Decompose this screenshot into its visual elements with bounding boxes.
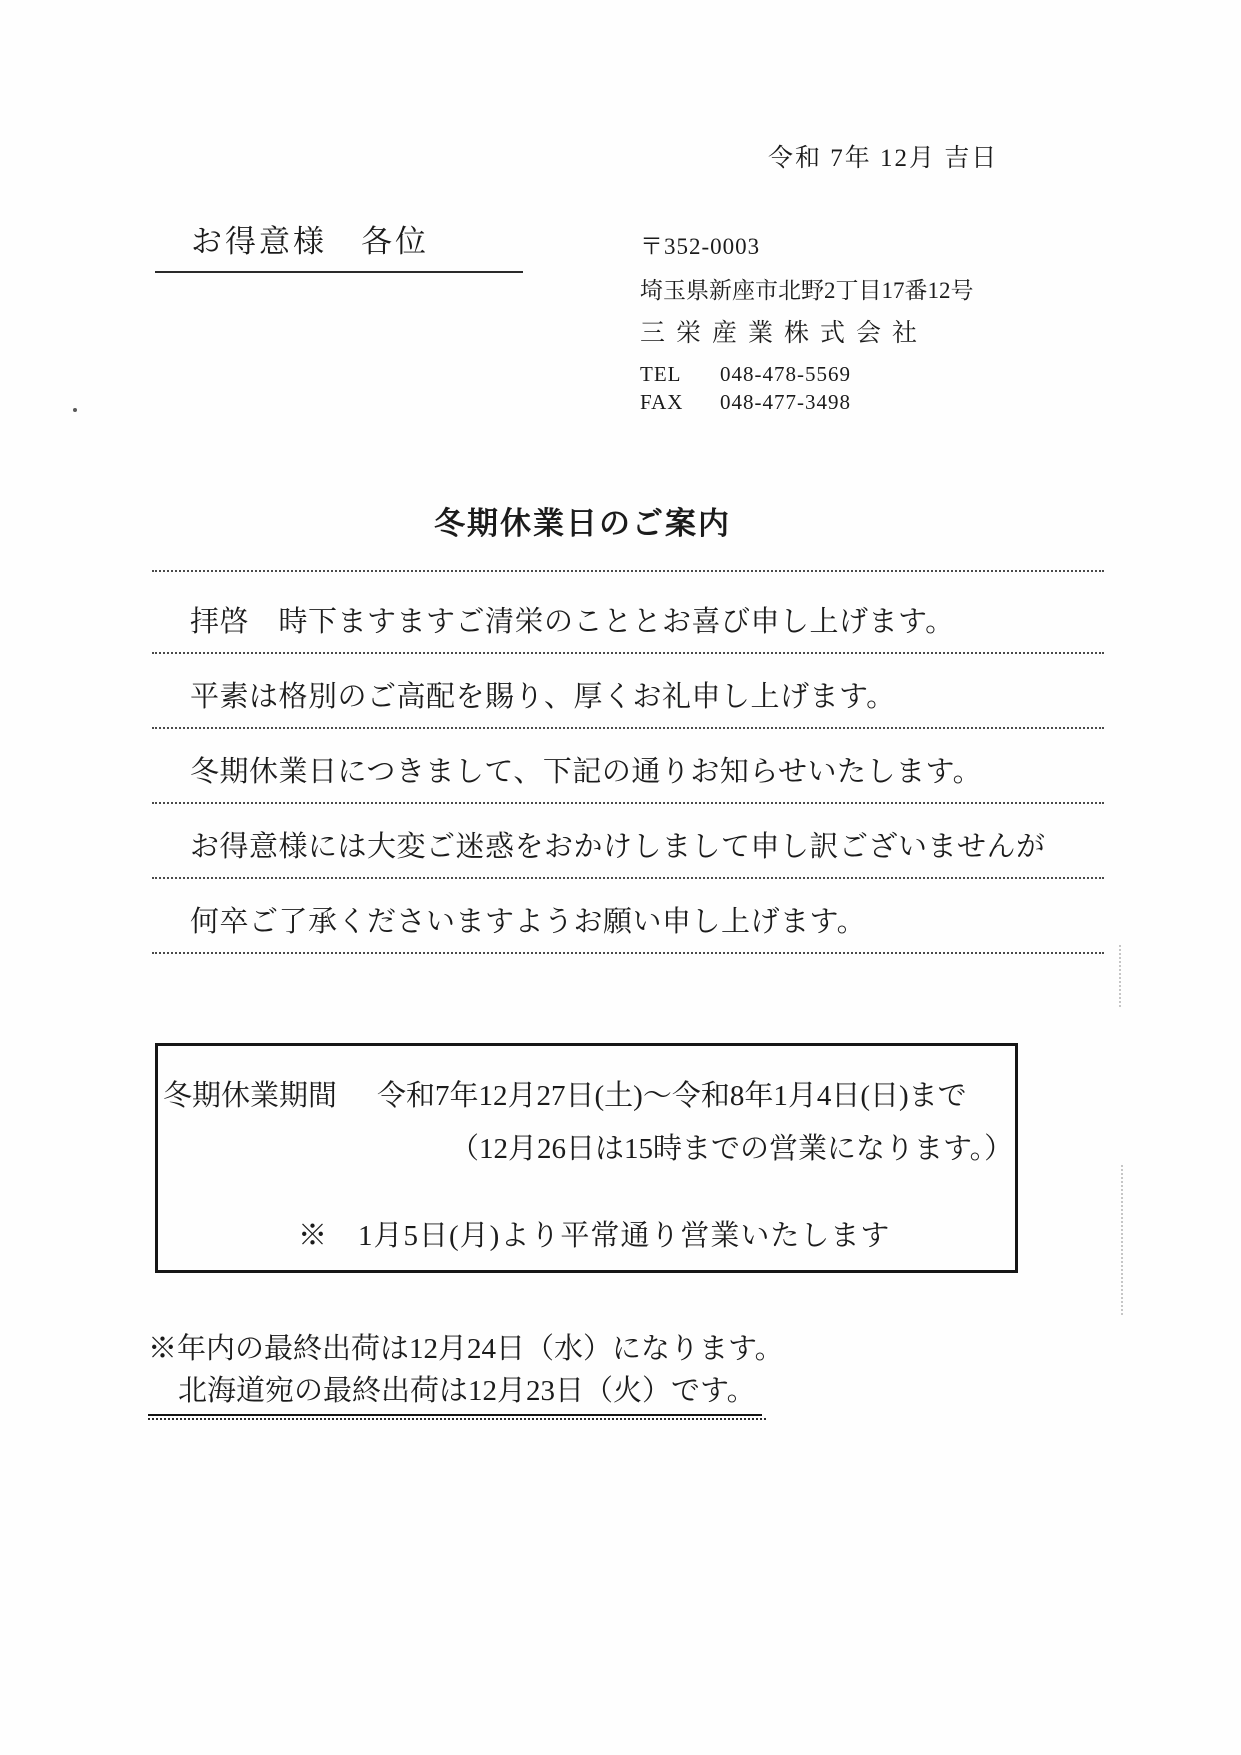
shipping-notes: ※年内の最終出荷は12月24日（水）になります。 北海道宛の最終出荷は12月23… (148, 1330, 784, 1416)
scan-artifact-edge (1119, 945, 1121, 1007)
shipping-note-hokkaido-text: 北海道宛の最終出荷は12月23日（火）です。 (178, 1375, 756, 1407)
fax-label: FAX (640, 390, 720, 415)
scan-artifact-speck (73, 408, 77, 412)
fax-number: 048-477-3498 (720, 390, 851, 415)
early-close-note: （12月26日は15時までの営業になります。） (450, 1126, 1015, 1167)
shipping-note-final: ※年内の最終出荷は12月24日（水）になります。 (148, 1330, 784, 1368)
body-paragraph: 何卒ご了承くださいますようお願い申し上げます。 (152, 904, 1104, 954)
sender-postal-code: 〒352-0003 (640, 228, 974, 261)
body-paragraph: 拝啓 時下ますますご清栄のこととお喜び申し上げます。 (152, 604, 1104, 654)
sender-tel-row: TEL 048-478-5569 (640, 362, 974, 387)
document-title: 冬期休業日のご案内 (0, 498, 1165, 543)
reopen-note: ※ 1月5日(月)より平常通り営業いたします (298, 1213, 1015, 1254)
tel-label: TEL (640, 362, 720, 387)
addressee-label: お得意様 各位 (191, 224, 429, 259)
addressee: お得意様 各位 (155, 216, 523, 273)
body-paragraph: お得意様には大変ご迷惑をおかけしまして申し訳ございませんが (152, 829, 1104, 879)
closure-period-label: 冬期休業期間 (163, 1073, 337, 1114)
sender-address: 埼玉県新座市北野2丁目17番12号 (640, 272, 974, 305)
letter-date: 令和 7年 12月 吉日 (768, 138, 998, 174)
body-paragraph: 平素は格別のご高配を賜り、厚くお礼申し上げます。 (152, 679, 1104, 729)
closure-period-box: 冬期休業期間 令和7年12月27日(土)～令和8年1月4日(日)まで （12月2… (155, 1043, 1018, 1273)
tel-number: 048-478-5569 (720, 362, 851, 387)
letter-page: 令和 7年 12月 吉日 お得意様 各位 〒352-0003 埼玉県新座市北野2… (0, 0, 1241, 1755)
sender-company-name: 三栄産業株式会社 (640, 313, 974, 349)
closure-period-row: 冬期休業期間 令和7年12月27日(土)～令和8年1月4日(日)まで (163, 1073, 1015, 1114)
shipping-note-hokkaido: 北海道宛の最終出荷は12月23日（火）です。 (148, 1368, 762, 1416)
body-paragraph: 冬期休業日につきまして、下記の通りお知らせいたします。 (152, 754, 1104, 804)
sender-fax-row: FAX 048-477-3498 (640, 390, 974, 415)
dotted-rule (152, 570, 1104, 572)
closure-period-value: 令和7年12月27日(土)～令和8年1月4日(日)まで (377, 1073, 967, 1114)
sender-block: 〒352-0003 埼玉県新座市北野2丁目17番12号 三栄産業株式会社 TEL… (640, 228, 974, 415)
body-paragraphs: 拝啓 時下ますますご清栄のこととお喜び申し上げます。 平素は格別のご高配を賜り、… (152, 604, 1104, 979)
scan-artifact-edge (1121, 1165, 1123, 1315)
